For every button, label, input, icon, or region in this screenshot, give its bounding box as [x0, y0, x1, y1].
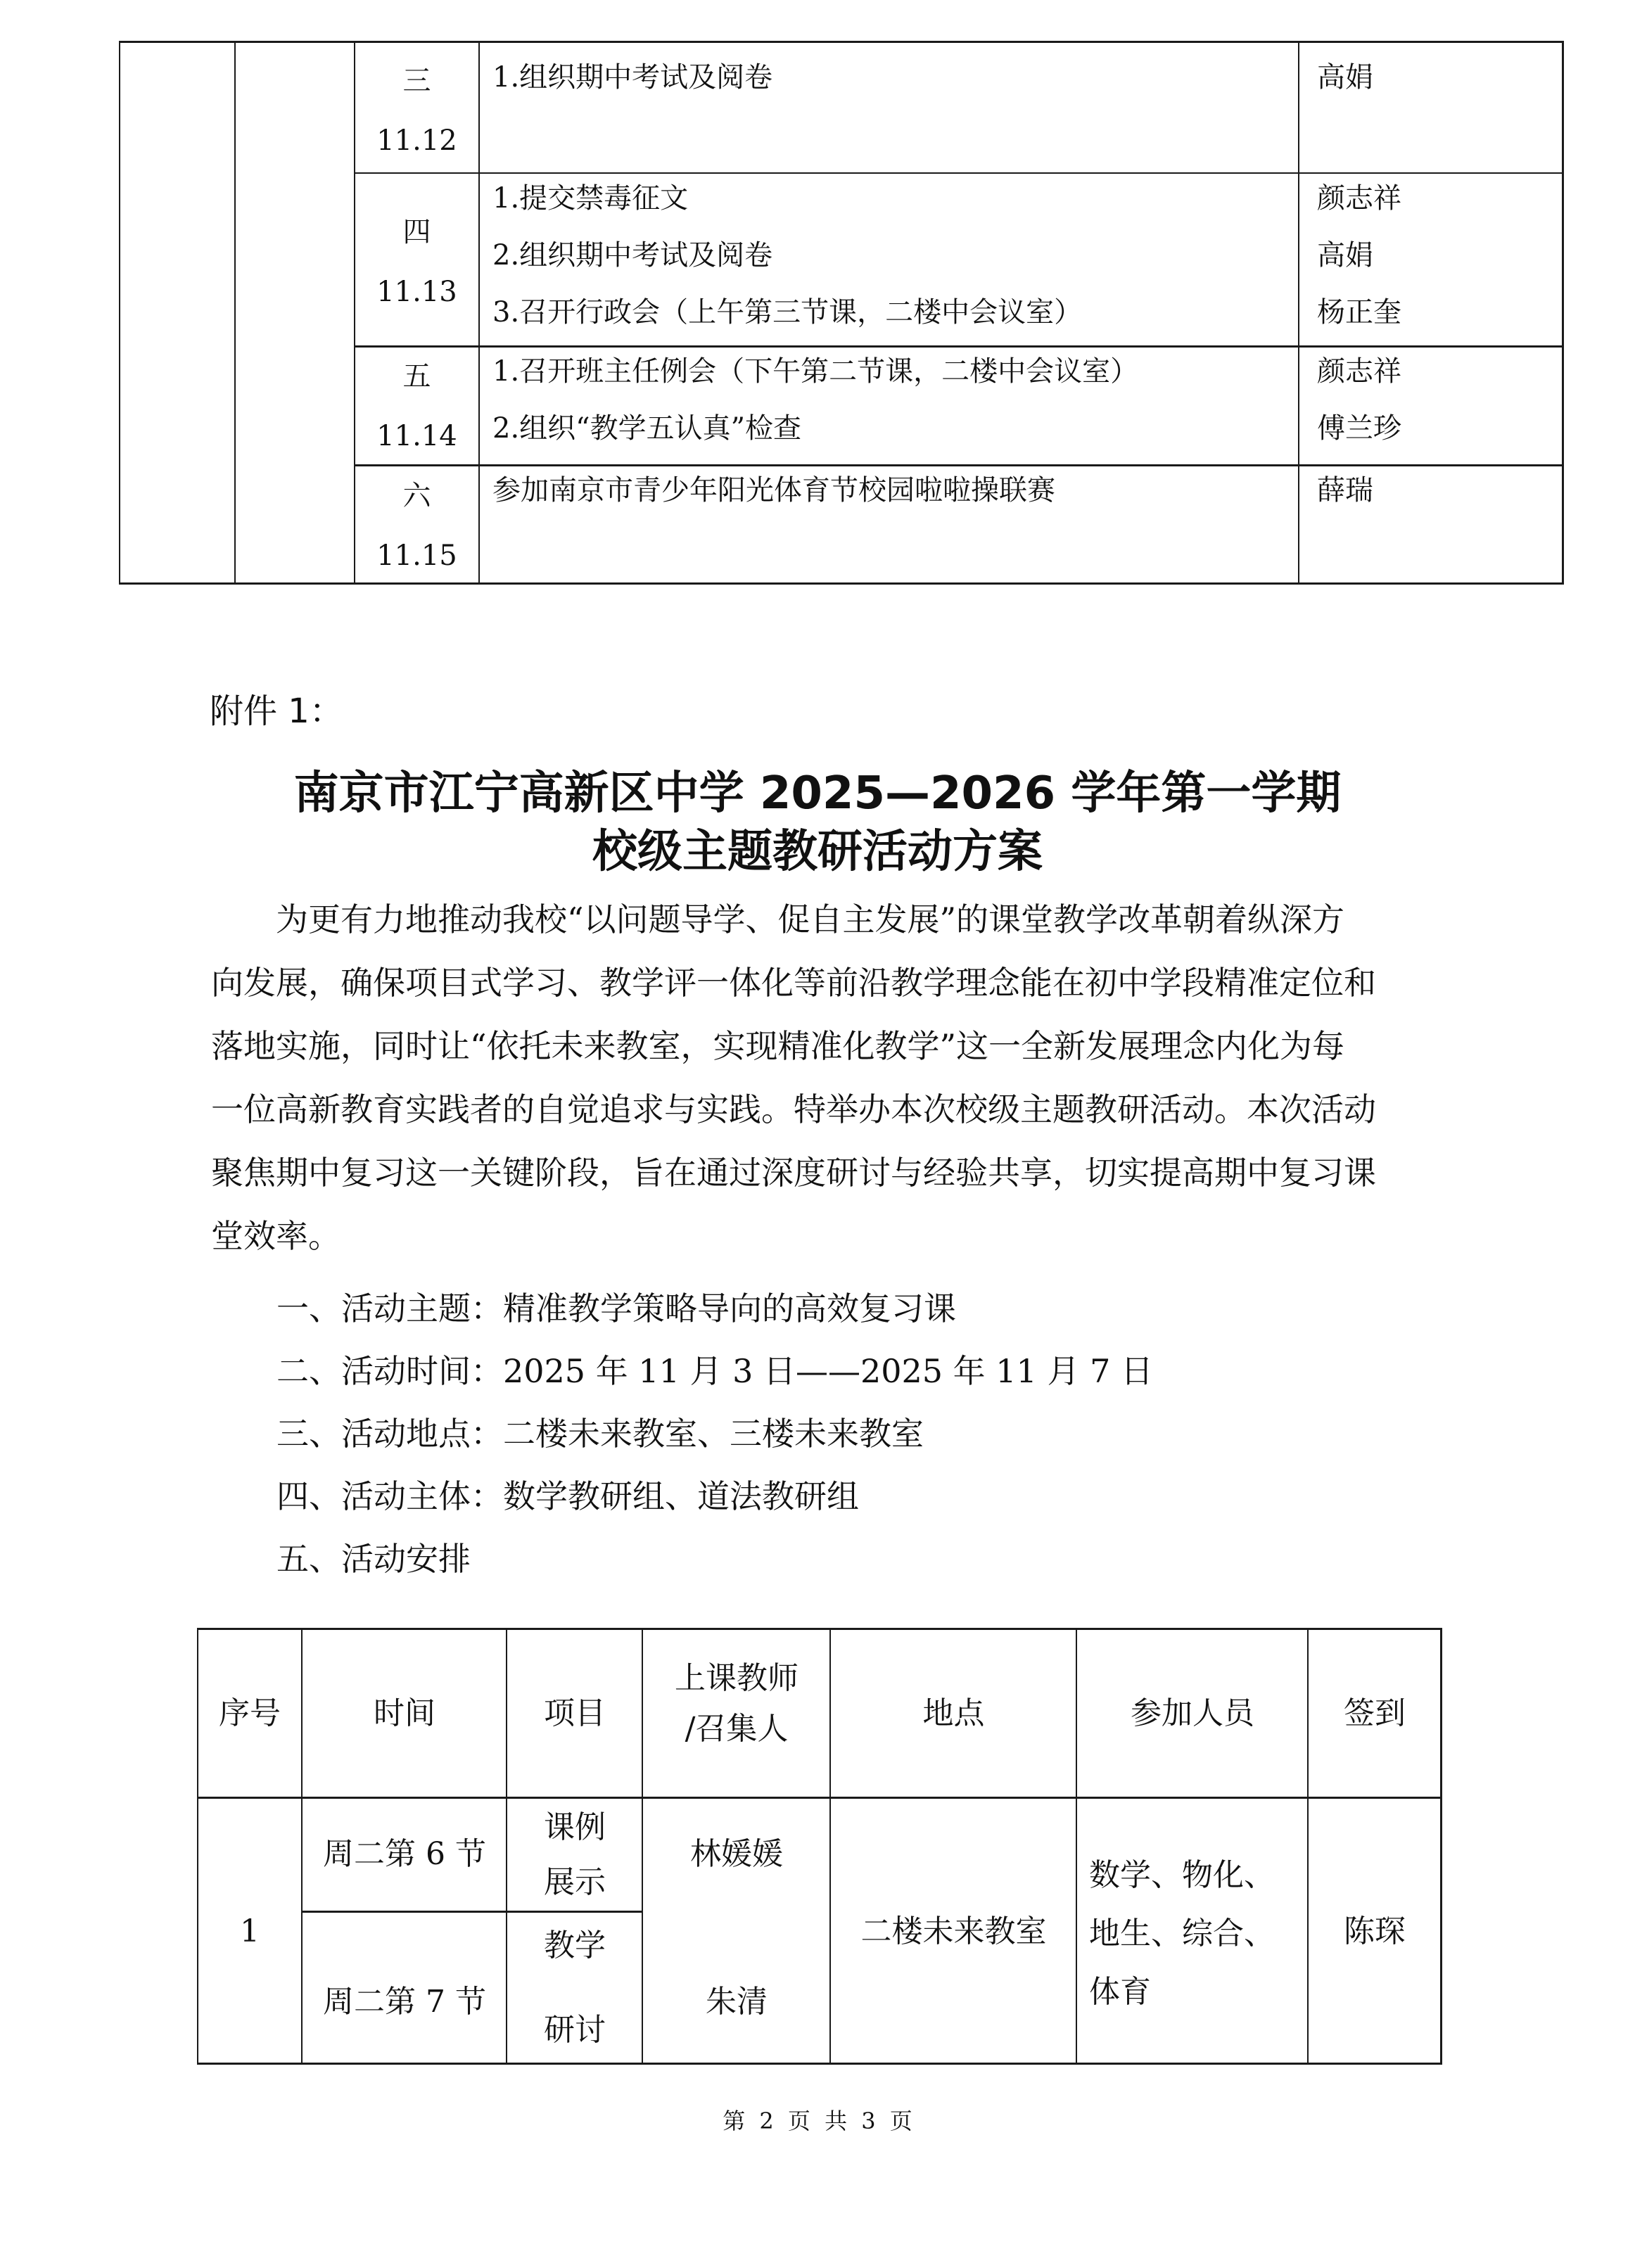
responsible-person: 傅兰珍	[1317, 414, 1401, 442]
table-border-top	[197, 1628, 1442, 1630]
paragraph-line: 为更有力地推动我校“以问题导学、促自主发展”的课堂教学改革朝着纵深方	[211, 888, 1463, 951]
paragraph-line: 聚焦期中复习这一关键阶段，旨在通过深度研讨与经验共享，切实提高期中复习课	[211, 1141, 1463, 1204]
date-label: 11.12	[355, 127, 478, 155]
session-teacher: 朱清	[643, 1984, 830, 2020]
responsible-person: 高娟	[1317, 241, 1373, 269]
header-signin: 签到	[1309, 1695, 1441, 1732]
responsible-person: 颜志祥	[1317, 184, 1401, 212]
date-label: 11.13	[355, 278, 478, 306]
task-item: 参加南京市青少年阳光体育节校园啦啦操联赛	[492, 476, 1055, 504]
header-teacher: 上课教师	[643, 1660, 830, 1697]
col-divider	[1307, 1628, 1309, 2065]
section-subject: 四、活动主体：数学教研组、道法教研组	[276, 1478, 859, 1515]
row-divider	[355, 172, 1564, 174]
weekday-label: 四	[355, 218, 478, 246]
paragraph-line: 一位高新教育实践者的自觉追求与实践。特举办本次校级主题教研活动。本次活动	[211, 1078, 1463, 1141]
col-divider	[234, 41, 236, 585]
header-divider	[197, 1797, 1442, 1799]
document-subtitle: 校级主题教研活动方案	[0, 827, 1635, 877]
session-project: 课例	[507, 1809, 642, 1846]
col-divider	[1440, 1628, 1442, 2065]
session-time: 周二第 7 节	[303, 1984, 507, 2020]
col-divider	[197, 1628, 198, 2065]
section-theme: 一、活动主题：精准教学策略导向的高效复习课	[276, 1290, 956, 1327]
session-project: 教学	[507, 1928, 642, 1964]
col-divider	[1562, 41, 1564, 585]
col-divider	[478, 41, 480, 585]
header-participants: 参加人员	[1077, 1695, 1308, 1732]
session-project: 展示	[507, 1864, 642, 1901]
weekday-label: 五	[355, 362, 478, 390]
task-item: 2.组织期中考试及阅卷	[492, 241, 772, 269]
session-time: 周二第 6 节	[303, 1836, 507, 1873]
table-border-bottom	[119, 582, 1564, 585]
attachment-label: 附件 1：	[210, 693, 343, 730]
date-label: 11.14	[355, 422, 478, 450]
responsible-person: 杨正奎	[1317, 298, 1401, 326]
header-time: 时间	[303, 1695, 507, 1732]
session-teacher: 林媛媛	[643, 1836, 830, 1873]
page-number: 第 2 页 共 3 页	[0, 2103, 1635, 2136]
paragraph-line: 堂效率。	[211, 1204, 1463, 1268]
header-convener: /召集人	[643, 1711, 830, 1747]
session-divider	[302, 1911, 642, 1913]
session-project: 研讨	[507, 2012, 642, 2049]
header-index: 序号	[198, 1695, 302, 1732]
row-divider	[355, 464, 1564, 466]
weekday-label: 三	[355, 67, 478, 95]
task-item: 3.召开行政会（上午第三节课，二楼中会议室）	[492, 298, 1082, 326]
paragraph-line: 落地实施，同时让“依托未来教室，实现精准化教学”这一全新发展理念内化为每	[211, 1014, 1463, 1078]
row-participants: 数学、物化、	[1089, 1857, 1275, 1894]
section-time: 二、活动时间：2025 年 11 月 3 日——2025 年 11 月 7 日	[276, 1353, 1153, 1389]
table-border-top	[119, 41, 1564, 43]
task-item: 1.提交禁毒征文	[492, 184, 688, 212]
paragraph-line: 向发展，确保项目式学习、教学评一体化等前沿教学理念能在初中学段精准定位和	[211, 951, 1463, 1014]
row-participants: 体育	[1089, 1974, 1151, 2011]
section-arrangement: 五、活动安排	[276, 1541, 471, 1577]
row-divider	[355, 345, 1564, 348]
document-title: 南京市江宁高新区中学 2025—2026 学年第一学期	[0, 769, 1635, 818]
header-location: 地点	[831, 1695, 1076, 1732]
header-project: 项目	[507, 1695, 642, 1732]
row-signin: 陈琛	[1309, 1913, 1441, 1950]
table-border-bottom	[197, 2063, 1442, 2065]
col-divider	[1076, 1628, 1077, 2065]
col-divider	[119, 41, 120, 585]
col-divider	[1298, 41, 1299, 585]
task-item: 1.召开班主任例会（下午第二节课，二楼中会议室）	[492, 357, 1138, 386]
responsible-person: 薛瑞	[1317, 476, 1373, 504]
intro-paragraph: 为更有力地推动我校“以问题导学、促自主发展”的课堂教学改革朝着纵深方 向发展，确…	[211, 888, 1463, 1268]
task-item: 2.组织“教学五认真”检查	[492, 414, 801, 442]
responsible-person: 颜志祥	[1317, 357, 1401, 386]
weekday-label: 六	[355, 482, 478, 510]
row-participants: 地生、综合、	[1089, 1916, 1275, 1952]
row-location: 二楼未来教室	[831, 1913, 1076, 1950]
responsible-person: 高娟	[1317, 63, 1373, 91]
section-location: 三、活动地点：二楼未来教室、三楼未来教室	[276, 1415, 924, 1452]
date-label: 11.15	[355, 542, 478, 570]
task-item: 1.组织期中考试及阅卷	[492, 63, 772, 91]
row-index: 1	[198, 1913, 302, 1950]
